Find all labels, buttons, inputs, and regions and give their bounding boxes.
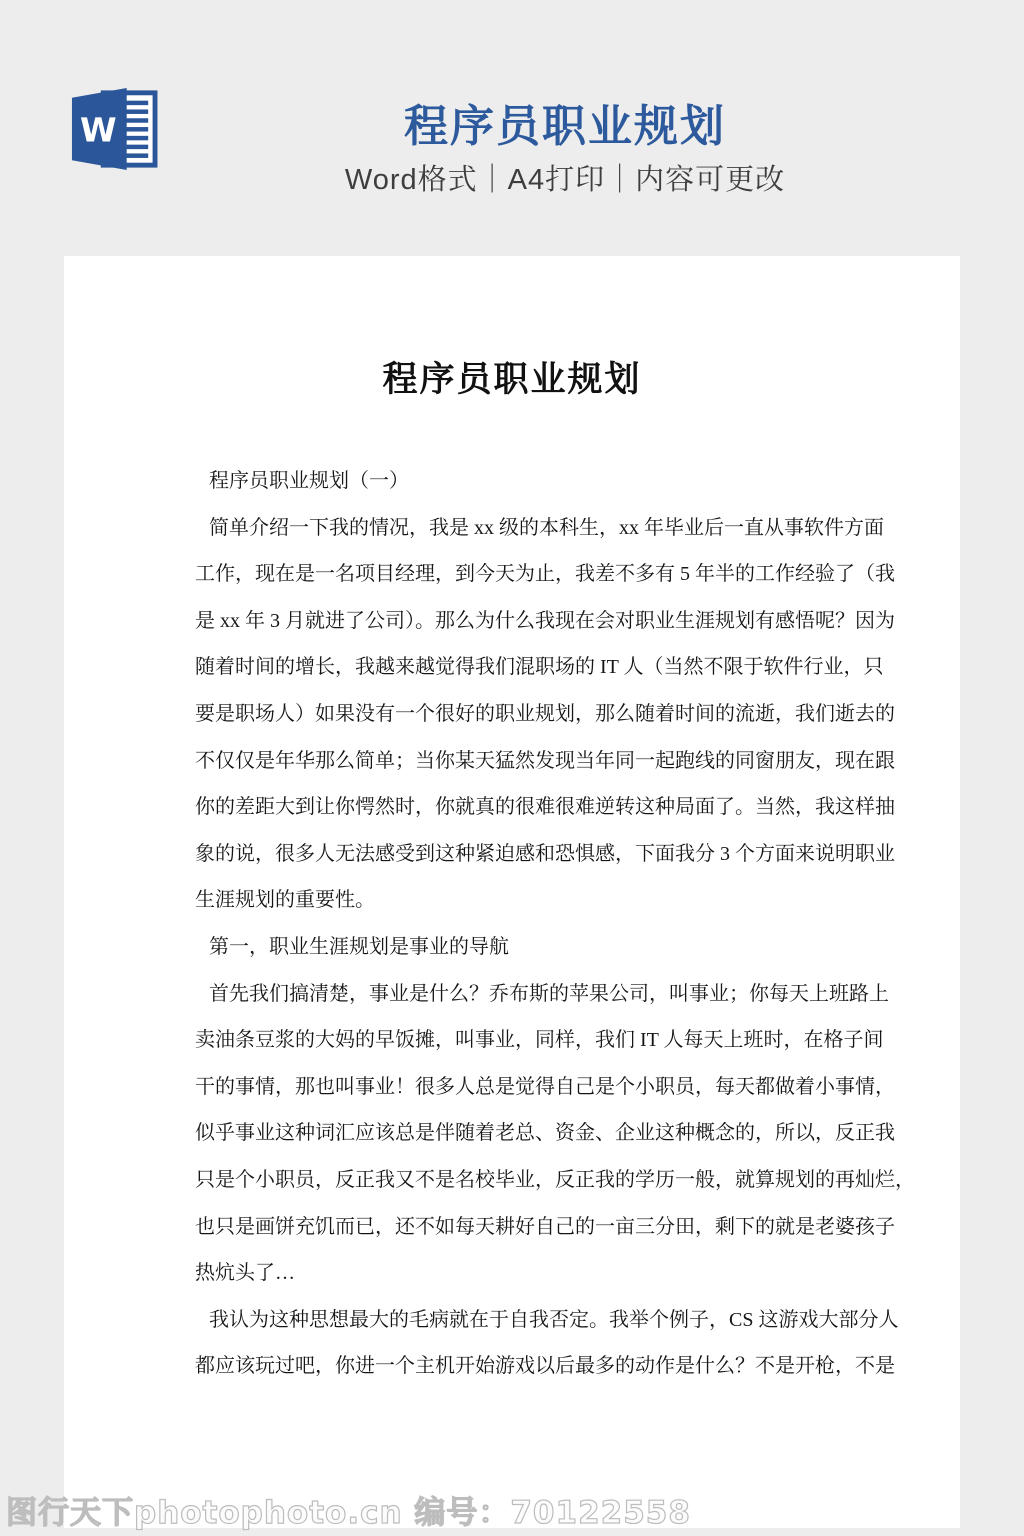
- doc-line: 工作，现在是一名项目经理，到今天为止，我差不多有 5 年半的工作经验了（我: [195, 551, 837, 598]
- template-subtitle: Word格式｜A4打印｜内容可更改: [170, 157, 960, 198]
- doc-line: 生涯规划的重要性。: [195, 877, 837, 924]
- doc-line: 都应该玩过吧，你进一个主机开始游戏以后最多的动作是什么？不是开枪，不是: [195, 1343, 837, 1390]
- site-watermark: 图行天下photophoto.cn 编号：70122558: [6, 1487, 691, 1532]
- doc-line: 干的事情，那也叫事业！很多人总是觉得自己是个小职员，每天都做着小事情，: [195, 1064, 837, 1111]
- doc-line: 也只是画饼充饥而已，还不如每天耕好自己的一亩三分田，剩下的就是老婆孩子: [195, 1204, 837, 1251]
- document-page: 程序员职业规划 程序员职业规划（一）简单介绍一下我的情况，我是 xx 级的本科生…: [64, 256, 960, 1528]
- doc-line: 首先我们搞清楚，事业是什么？乔布斯的苹果公司，叫事业；你每天上班路上: [195, 971, 837, 1018]
- doc-line: 随着时间的增长，我越来越觉得我们混职场的 IT 人（当然不限于软件行业，只: [195, 644, 837, 691]
- doc-line: 似乎事业这种词汇应该总是伴随着老总、资金、企业这种概念的，所以，反正我: [195, 1110, 837, 1157]
- page-root: { "header": { "title": "程序员职业规划", "subti…: [0, 0, 1024, 1536]
- doc-line: 象的说，很多人无法感受到这种紧迫感和恐惧感，下面我分 3 个方面来说明职业: [195, 831, 837, 878]
- doc-line: 第一，职业生涯规划是事业的导航: [195, 924, 837, 971]
- doc-line: 简单介绍一下我的情况，我是 xx 级的本科生，xx 年毕业后一直从事软件方面: [195, 505, 837, 552]
- doc-line: 要是职场人）如果没有一个很好的职业规划，那么随着时间的流逝，我们逝去的: [195, 691, 837, 738]
- word-file-icon: W: [66, 86, 160, 172]
- document-body: 程序员职业规划（一）简单介绍一下我的情况，我是 xx 级的本科生，xx 年毕业后…: [195, 458, 837, 1390]
- doc-line: 是 xx 年 3 月就进了公司）。那么为什么我现在会对职业生涯规划有感悟呢？因为: [195, 598, 837, 645]
- document-title: 程序员职业规划: [64, 352, 960, 402]
- template-title: 程序员职业规划: [170, 90, 960, 154]
- doc-line: 我认为这种思想最大的毛病就在于自我否定。我举个例子，CS 这游戏大部分人: [195, 1297, 837, 1344]
- svg-text:W: W: [80, 111, 117, 150]
- doc-line: 程序员职业规划（一）: [195, 458, 837, 505]
- word-file-icon-svg: W: [66, 86, 160, 172]
- doc-line: 不仅仅是年华那么简单；当你某天猛然发现当年同一起跑线的同窗朋友，现在跟: [195, 738, 837, 785]
- doc-line: 卖油条豆浆的大妈的早饭摊，叫事业，同样，我们 IT 人每天上班时，在格子间: [195, 1017, 837, 1064]
- doc-line: 你的差距大到让你愕然时，你就真的很难很难逆转这种局面了。当然，我这样抽: [195, 784, 837, 831]
- doc-line: 只是个小职员，反正我又不是名校毕业，反正我的学历一般，就算规划的再灿烂，: [195, 1157, 837, 1204]
- doc-line: 热炕头了…: [195, 1250, 837, 1297]
